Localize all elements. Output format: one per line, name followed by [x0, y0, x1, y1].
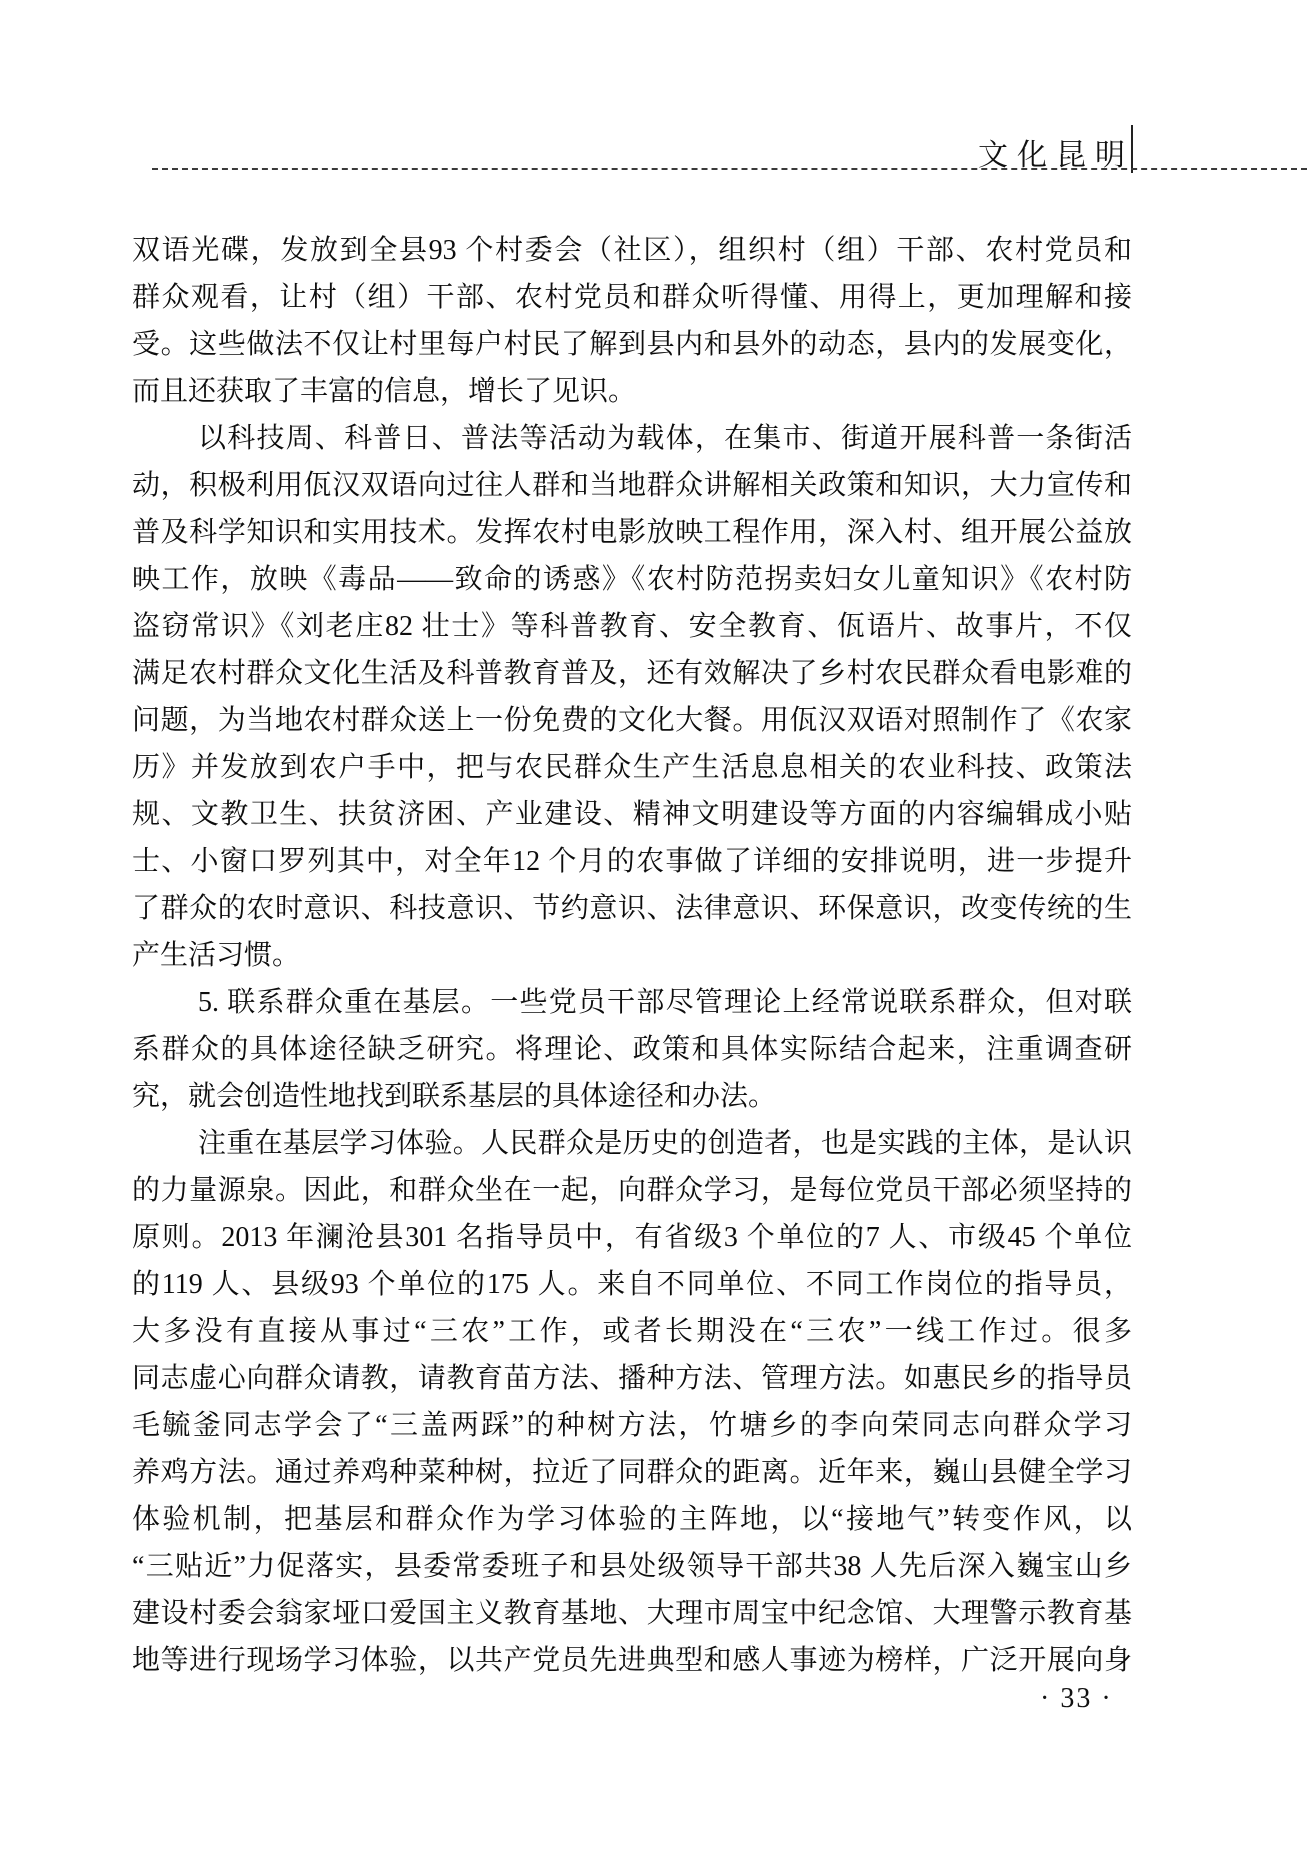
text-line: 盗窃常识》《刘老庄82 壮士》等科普教育、安全教育、佤语片、故事片，不仅: [132, 603, 1132, 650]
text-line: 了群众的农时意识、科技意识、节约意识、法律意识、环保意识，改变传统的生: [132, 885, 1132, 932]
book-page: 文化昆明 双语光碟，发放到全县93 个村委会（社区），组织村（组）干部、农村党员…: [0, 0, 1307, 1859]
text-line: 同志虚心向群众请教，请教育苗方法、播种方法、管理方法。如惠民乡的指导员: [132, 1355, 1132, 1402]
text-line: 大多没有直接从事过“三农”工作，或者长期没在“三农”一线工作过。很多: [132, 1308, 1132, 1355]
text-line: 以科技周、科普日、普法等活动为载体，在集市、街道开展科普一条街活: [132, 415, 1132, 462]
text-line: 注重在基层学习体验。人民群众是历史的创造者，也是实践的主体，是认识: [132, 1120, 1132, 1167]
text-line: 普及科学知识和实用技术。发挥农村电影放映工程作用，深入村、组开展公益放: [132, 509, 1132, 556]
text-line: 毛毓釜同志学会了“三盖两踩”的种树方法，竹塘乡的李向荣同志向群众学习: [132, 1402, 1132, 1449]
text-line: 受。这些做法不仅让村里每户村民了解到县内和县外的动态，县内的发展变化，: [132, 321, 1132, 368]
text-line: 系群众的具体途径缺乏研究。将理论、政策和具体实际结合起来，注重调查研: [132, 1026, 1132, 1073]
text-line: 究，就会创造性地找到联系基层的具体途径和办法。: [132, 1073, 1132, 1120]
text-line: 映工作，放映《毒品——致命的诱惑》《农村防范拐卖妇女儿童知识》《农村防: [132, 556, 1132, 603]
text-line: 的119 人、县级93 个单位的175 人。来自不同单位、不同工作岗位的指导员，: [132, 1261, 1132, 1308]
text-line: 而且还获取了丰富的信息，增长了见识。: [132, 368, 1132, 415]
header-vertical-rule: [1131, 125, 1133, 173]
text-line: 建设村委会翁家垭口爱国主义教育基地、大理市周宝中纪念馆、大理警示教育基: [132, 1590, 1132, 1637]
text-line: 的力量源泉。因此，和群众坐在一起，向群众学习，是每位党员干部必须坚持的: [132, 1167, 1132, 1214]
text-line: 群众观看，让村（组）干部、农村党员和群众听得懂、用得上，更加理解和接: [132, 274, 1132, 321]
page-number: · 33 ·: [1040, 1683, 1113, 1715]
text-line: 养鸡方法。通过养鸡种菜种树，拉近了同群众的距离。近年来，巍山县健全学习: [132, 1449, 1132, 1496]
text-line: 地等进行现场学习体验，以共产党员先进典型和感人事迹为榜样，广泛开展向身: [132, 1637, 1132, 1684]
text-line: 士、小窗口罗列其中，对全年12 个月的农事做了详细的安排说明，进一步提升: [132, 838, 1132, 885]
text-line: 体验机制，把基层和群众作为学习体验的主阵地，以“接地气”转变作风，以: [132, 1496, 1132, 1543]
body-text: 双语光碟，发放到全县93 个村委会（社区），组织村（组）干部、农村党员和群众观看…: [132, 227, 1132, 1684]
text-line: “三贴近”力促落实，县委常委班子和县处级领导干部共38 人先后深入巍宝山乡: [132, 1543, 1132, 1590]
header-dashed-rule: [152, 168, 1307, 170]
text-line: 双语光碟，发放到全县93 个村委会（社区），组织村（组）干部、农村党员和: [132, 227, 1132, 274]
text-line: 问题，为当地农村群众送上一份免费的文化大餐。用佤汉双语对照制作了《农家: [132, 697, 1132, 744]
text-line: 满足农村群众文化生活及科普教育普及，还有效解决了乡村农民群众看电影难的: [132, 650, 1132, 697]
text-line: 产生活习惯。: [132, 932, 1132, 979]
text-line: 动，积极利用佤汉双语向过往人群和当地群众讲解相关政策和知识，大力宣传和: [132, 462, 1132, 509]
text-line: 规、文教卫生、扶贫济困、产业建设、精神文明建设等方面的内容编辑成小贴: [132, 791, 1132, 838]
text-line: 原则。2013 年澜沧县301 名指导员中，有省级3 个单位的7 人、市级45 …: [132, 1214, 1132, 1261]
text-line: 5. 联系群众重在基层。一些党员干部尽管理论上经常说联系群众，但对联: [132, 979, 1132, 1026]
text-line: 历》并发放到农户手中，把与农民群众生产生活息息相关的农业科技、政策法: [132, 744, 1132, 791]
